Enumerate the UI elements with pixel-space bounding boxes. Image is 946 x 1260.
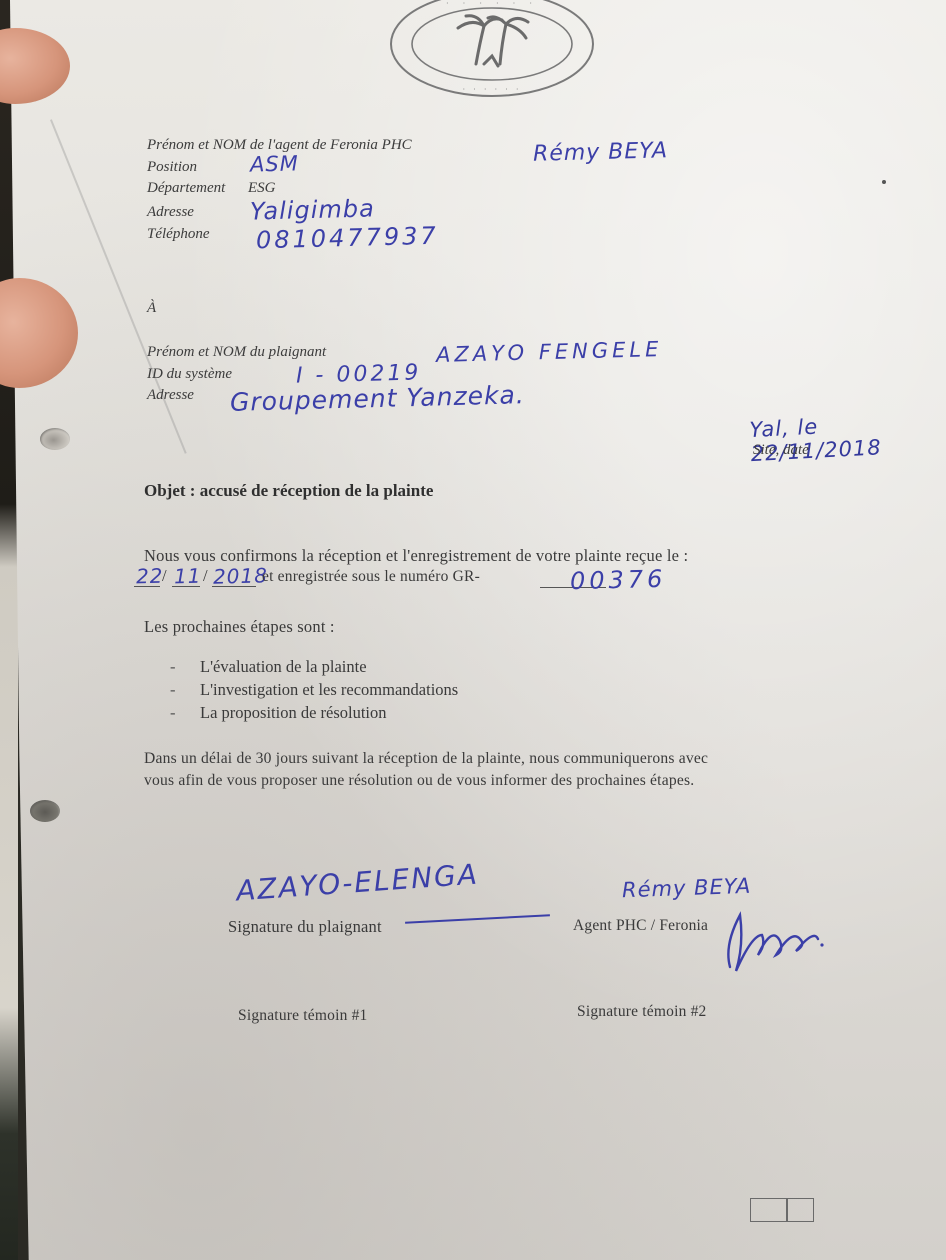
gr-number: 00376 [570,565,667,596]
date-sep-1: / [162,566,167,586]
position-value: ASM [250,151,299,176]
registered-text: et enregistrée sous le numéro GR- [262,568,480,586]
page-box-divider [786,1199,788,1221]
svg-text:· · · · · ·: · · · · · · [463,85,522,94]
page-box [750,1198,814,1222]
department-value: ESG [248,180,276,197]
complainant-address-label: Adresse [147,387,194,404]
complainant-name-label: Prénom et NOM du plaignant [147,344,326,361]
phone-label: Téléphone [147,226,209,243]
list-item: -L'investigation et les recommandations [170,678,458,701]
date-sep-2: / [203,566,208,586]
site-date-label: Site, date [753,442,809,459]
address-label: Adresse [147,204,194,221]
palm-trees-emblem-icon: · · · · · · · · · · · · [388,0,596,104]
agent-signature-scrawl-icon [722,905,832,977]
received-date-month: 11 [174,564,202,589]
list-item: -L'évaluation de la plainte [170,655,458,678]
department-label: Département [147,180,225,197]
phone-value: 0810477937 [256,222,439,255]
witness-1-label: Signature témoin #1 [238,1007,368,1025]
agent-name-value: Rémy BEYA [533,138,669,167]
position-label: Position [147,159,197,176]
address-value: Yaligimba [250,194,375,225]
closing-line-1: Dans un délai de 30 jours suivant la réc… [144,750,708,768]
punch-hole-bottom [30,800,60,822]
punch-hole-top [40,428,70,450]
witness-2-label: Signature témoin #2 [577,1003,707,1021]
paper-speck [882,180,886,184]
closing-line-2: vous afin de vous proposer une résolutio… [144,772,694,790]
step-investigation: L'investigation et les recommandations [200,680,458,699]
received-date-day: 22 [136,564,164,589]
subject-line: Objet : accusé de réception de la plaint… [144,481,433,501]
list-item: -La proposition de résolution [170,701,458,724]
system-id-label: ID du système [147,366,232,383]
step-resolution: La proposition de résolution [200,703,387,722]
agent-signature-name: Rémy BEYA [622,874,752,902]
complainant-signature-label: Signature du plaignant [228,917,382,937]
received-date-year: 2018 [213,563,269,588]
step-evaluation: L'évaluation de la plainte [200,657,367,676]
agent-signature-label: Agent PHC / Feronia [573,917,708,935]
to-label: À [147,300,156,317]
company-logo: · · · · · · · · · · · · [388,0,596,104]
svg-text:· · · · · ·: · · · · · · [446,0,538,8]
next-steps-intro: Les prochaines étapes sont : [144,617,335,637]
next-steps-list: -L'évaluation de la plainte -L'investiga… [170,655,458,724]
